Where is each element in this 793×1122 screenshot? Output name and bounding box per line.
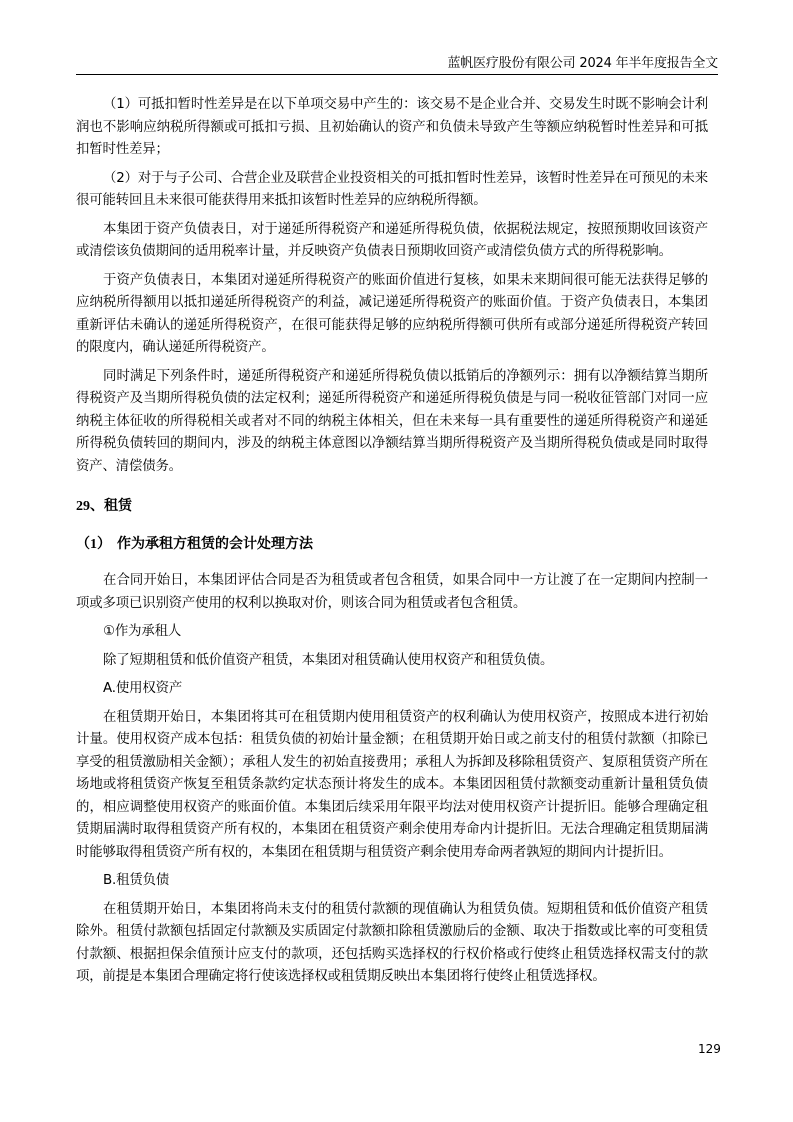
label-right-of-use-asset: A.使用权资产 (76, 678, 708, 701)
paragraph-lessee-recognition: 除了短期租赁和低价值资产租赁，本集团对租赁确认使用权资产和租赁负债。 (76, 650, 708, 673)
label-as-lessee: ①作为承租人 (76, 621, 708, 644)
paragraph-lease-liability: 在租赁期开始日，本集团将尚未支付的租赁付款额的现值确认为租赁负债。短期租赁和低价… (76, 899, 708, 989)
document-title: 蓝帆医疗股份有限公司 2024 年半年度报告全文 (447, 52, 718, 71)
paragraph-lease-intro: 在合同开始日，本集团评估合同是否为租赁或者包含租赁，如果合同中一方让渡了在一定期… (76, 570, 708, 615)
subsection-number: （1） (76, 537, 111, 552)
paragraph-deductible-difference-2: （2）对于与子公司、合营企业及联营企业投资相关的可抵扣暂时性差异，该暂时性差异在… (76, 168, 708, 213)
section-heading-leases: 29、租赁 (76, 496, 708, 518)
paragraph-deductible-difference-1: （1）可抵扣暂时性差异是在以下单项交易中产生的：该交易不是企业合并、交易发生时既… (76, 94, 708, 162)
paragraph-offset-conditions: 同时满足下列条件时，递延所得税资产和递延所得税负债以抵销后的净额列示：拥有以净额… (76, 366, 708, 479)
page-number: 129 (698, 1042, 721, 1056)
label-lease-liability: B.租赁负债 (76, 870, 708, 893)
page-header: 蓝帆医疗股份有限公司 2024 年半年度报告全文 (76, 52, 718, 75)
subsection-heading-lessee: （1）作为承租方租赁的会计处理方法 (76, 534, 708, 556)
paragraph-carrying-amount-review: 于资产负债表日，本集团对递延所得税资产的账面价值进行复核，如果未来期间很可能无法… (76, 270, 708, 360)
document-body: （1）可抵扣暂时性差异是在以下单项交易中产生的：该交易不是企业合并、交易发生时既… (76, 94, 708, 989)
paragraph-tax-rate-measurement: 本集团于资产负债表日，对于递延所得税资产和递延所得税负债，依据税法规定，按照预期… (76, 219, 708, 264)
paragraph-right-of-use-asset: 在租赁期开始日，本集团将其可在租赁期内使用租赁资产的权利确认为使用权资产，按照成… (76, 707, 708, 865)
subsection-title: 作为承租方租赁的会计处理方法 (117, 537, 313, 552)
